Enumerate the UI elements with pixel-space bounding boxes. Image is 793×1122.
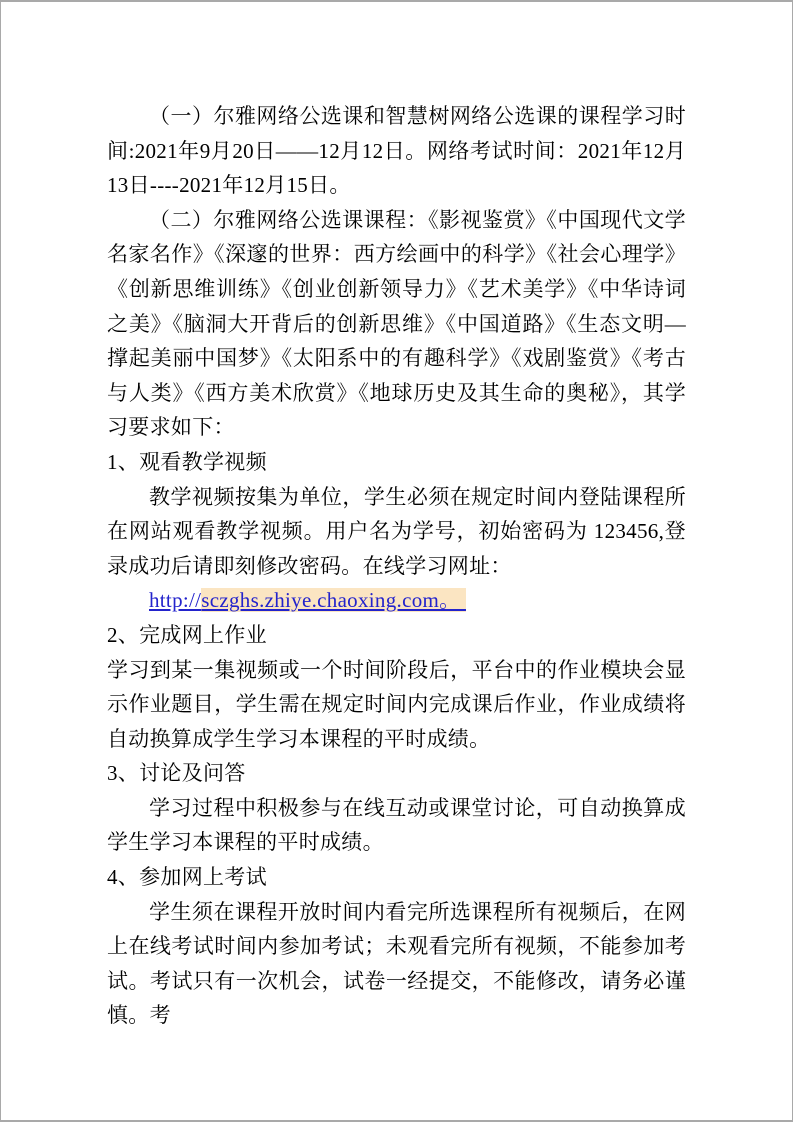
heading-watch-videos: 1、观看教学视频: [107, 445, 686, 480]
study-url-link[interactable]: http://sczghs.zhiye.chaoxing.com。: [149, 588, 466, 612]
paragraph-exam-detail: 学生须在课程开放时间内看完所选课程所有视频后，在网上在线考试时间内参加考试；未观…: [107, 895, 686, 1033]
url-prefix-text: http://: [149, 588, 201, 612]
heading-exam: 4、参加网上考试: [107, 860, 686, 895]
document-body: （一）尔雅网络公选课和智慧树网络公选课的课程学习时间:2021年9月20日——1…: [1, 2, 792, 1033]
paragraph-discussion-detail: 学习过程中积极参与在线互动或课堂讨论，可自动换算成学生学习本课程的平时成绩。: [107, 791, 686, 860]
paragraph-homework-detail: 学习到某一集视频或一个时间阶段后，平台中的作业模块会显示作业题目，学生需在规定时…: [107, 653, 686, 757]
document-page: （一）尔雅网络公选课和智慧树网络公选课的课程学习时间:2021年9月20日——1…: [0, 0, 793, 1122]
paragraph-study-time: （一）尔雅网络公选课和智慧树网络公选课的课程学习时间:2021年9月20日——1…: [107, 99, 686, 203]
paragraph-study-url: http://sczghs.zhiye.chaoxing.com。: [107, 583, 686, 618]
paragraph-video-requirements: 教学视频按集为单位，学生必须在规定时间内登陆课程所在网站观看教学视频。用户名为学…: [107, 480, 686, 584]
paragraph-course-list: （二）尔雅网络公选课课程：《影视鉴赏》《中国现代文学名家名作》《深邃的世界：西方…: [107, 203, 686, 445]
url-highlighted-text: sczghs.zhiye.chaoxing.com。: [201, 588, 466, 612]
heading-discussion: 3、讨论及问答: [107, 756, 686, 791]
heading-homework: 2、完成网上作业: [107, 618, 686, 653]
